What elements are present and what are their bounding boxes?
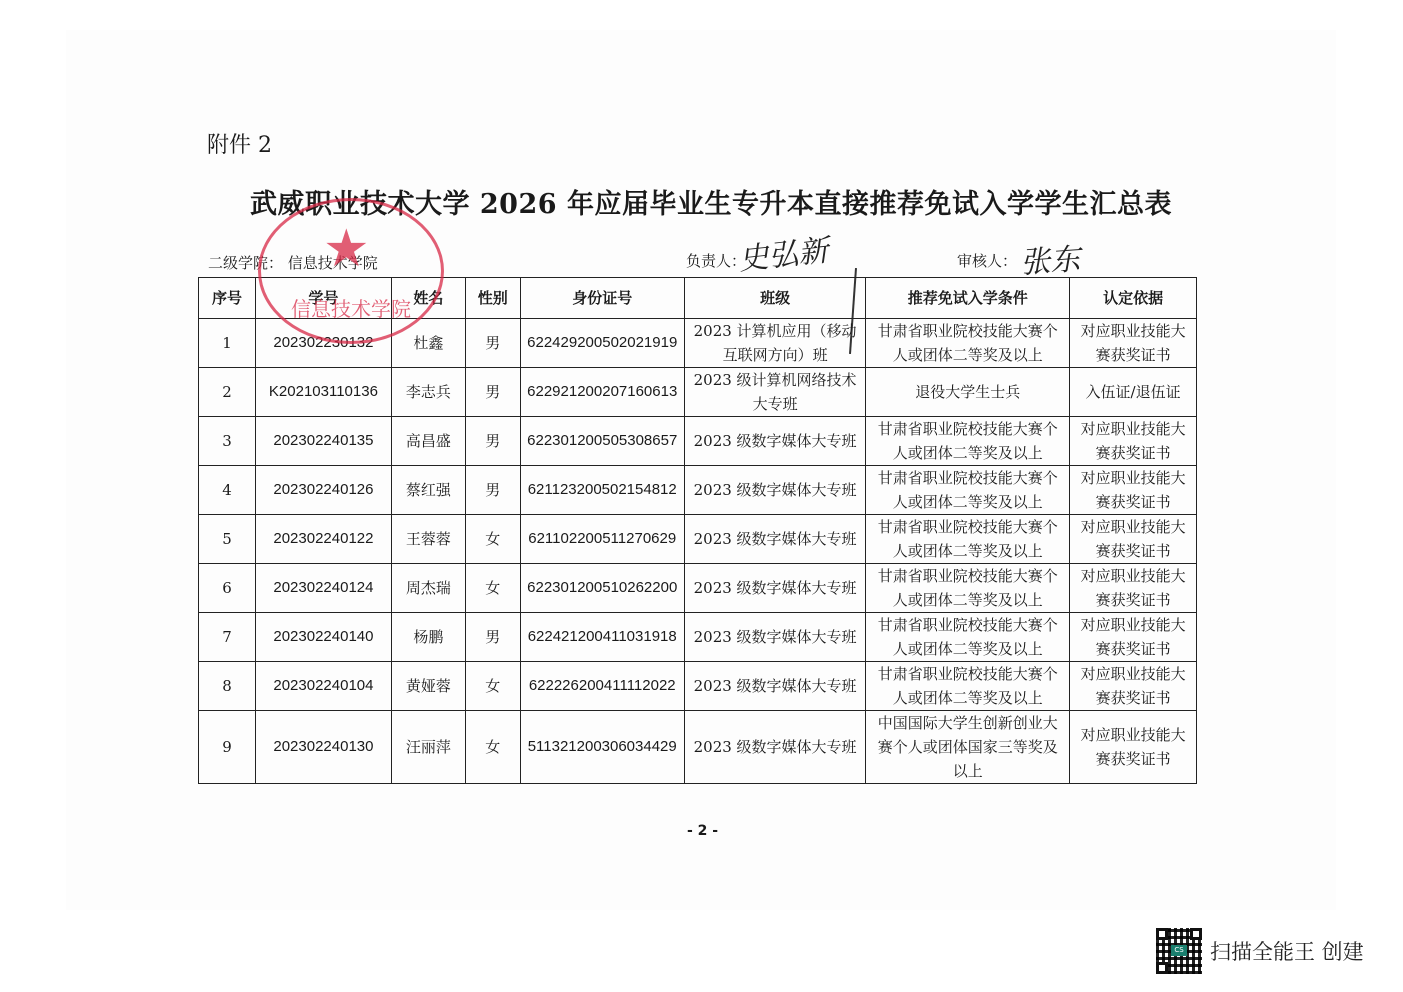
- gender: 女: [465, 662, 520, 711]
- qr-code-icon: CS: [1156, 928, 1202, 974]
- class-name: 2023 级数字媒体大专班: [684, 613, 866, 662]
- table-header-row: 序号学号姓名性别身份证号班级推荐免试入学条件认定依据: [199, 278, 1197, 319]
- row-number: 8: [199, 662, 256, 711]
- student-name: 高昌盛: [391, 417, 465, 466]
- scanner-badge: CS: [1171, 945, 1187, 956]
- student-name: 王蓉蓉: [391, 515, 465, 564]
- id-card-number: 622921200207160613: [520, 368, 684, 417]
- table-row: 3202302240135高昌盛男6223012005053086572023 …: [199, 417, 1197, 466]
- watermark-text: 扫描全能王 创建: [1210, 936, 1364, 966]
- reviewer-line: 审核人：: [957, 250, 1017, 271]
- id-card-number: 622226200411112022: [520, 662, 684, 711]
- page-number: - 2 -: [687, 823, 718, 839]
- row-number: 3: [199, 417, 256, 466]
- student-name: 周杰瑞: [391, 564, 465, 613]
- student-id: 202302240126: [255, 466, 391, 515]
- verification-basis: 对应职业技能大赛获奖证书: [1070, 417, 1197, 466]
- recommendation-condition: 甘肃省职业院校技能大赛个人或团体二等奖及以上: [866, 515, 1070, 564]
- class-name: 2023 级计算机网络技术大专班: [684, 368, 866, 417]
- table-body: 1202302230132杜鑫男6224292005020219192023 计…: [199, 319, 1197, 784]
- table-row: 7202302240140杨鹏男6224212004110319182023 级…: [199, 613, 1197, 662]
- verification-basis: 对应职业技能大赛获奖证书: [1070, 662, 1197, 711]
- student-id: 202302240124: [255, 564, 391, 613]
- gender: 男: [465, 466, 520, 515]
- gender: 男: [465, 368, 520, 417]
- recommendation-condition: 甘肃省职业院校技能大赛个人或团体二等奖及以上: [866, 662, 1070, 711]
- class-name: 2023 级数字媒体大专班: [684, 662, 866, 711]
- reviewer-signature: 张东: [1019, 234, 1082, 282]
- column-header: 性别: [465, 278, 520, 319]
- row-number: 2: [199, 368, 256, 417]
- row-number: 4: [199, 466, 256, 515]
- gender: 男: [465, 319, 520, 368]
- student-id: 202302240130: [255, 711, 391, 784]
- id-card-number: 621102200511270629: [520, 515, 684, 564]
- recommendation-condition: 甘肃省职业院校技能大赛个人或团体二等奖及以上: [866, 466, 1070, 515]
- class-name: 2023 计算机应用（移动互联网方向）班: [684, 319, 866, 368]
- class-name: 2023 级数字媒体大专班: [684, 466, 866, 515]
- table-row: 5202302240122王蓉蓉女6211022005112706292023 …: [199, 515, 1197, 564]
- verification-basis: 入伍证/退伍证: [1070, 368, 1197, 417]
- recommendation-condition: 甘肃省职业院校技能大赛个人或团体二等奖及以上: [866, 564, 1070, 613]
- recommendation-condition: 退役大学生士兵: [866, 368, 1070, 417]
- id-card-number: 622301200505308657: [520, 417, 684, 466]
- verification-basis: 对应职业技能大赛获奖证书: [1070, 613, 1197, 662]
- id-card-number: 511321200306034429: [520, 711, 684, 784]
- gender: 男: [465, 417, 520, 466]
- college-line: 二级学院： 信息技术学院: [208, 252, 378, 273]
- gender: 男: [465, 613, 520, 662]
- student-id: 202302230132: [255, 319, 391, 368]
- student-id: 202302240135: [255, 417, 391, 466]
- column-header: 认定依据: [1070, 278, 1197, 319]
- scanner-watermark: CS 扫描全能王 创建: [1156, 928, 1364, 974]
- class-name: 2023 级数字媒体大专班: [684, 515, 866, 564]
- student-name: 黄娅蓉: [391, 662, 465, 711]
- reviewer-label: 审核人：: [957, 252, 1017, 270]
- college-value: 信息技术学院: [288, 254, 378, 272]
- college-label: 二级学院：: [208, 254, 283, 272]
- row-number: 6: [199, 564, 256, 613]
- student-id: K202103110136: [255, 368, 391, 417]
- head-signature: 史弘新: [736, 225, 830, 278]
- student-id: 202302240104: [255, 662, 391, 711]
- recommendation-condition: 中国国际大学生创新创业大赛个人或团体国家三等奖及以上: [866, 711, 1070, 784]
- head-label: 负责人：: [686, 252, 746, 270]
- gender: 女: [465, 711, 520, 784]
- table-row: 6202302240124周杰瑞女6223012005102622002023 …: [199, 564, 1197, 613]
- attachment-label: 附件 2: [207, 128, 272, 159]
- gender: 女: [465, 564, 520, 613]
- gender: 女: [465, 515, 520, 564]
- id-card-number: 622421200411031918: [520, 613, 684, 662]
- row-number: 1: [199, 319, 256, 368]
- id-card-number: 622301200510262200: [520, 564, 684, 613]
- table-row: 9202302240130汪丽萍女5113212003060344292023 …: [199, 711, 1197, 784]
- column-header: 身份证号: [520, 278, 684, 319]
- class-name: 2023 级数字媒体大专班: [684, 417, 866, 466]
- recommendation-condition: 甘肃省职业院校技能大赛个人或团体二等奖及以上: [866, 319, 1070, 368]
- table-row: 8202302240104黄娅蓉女6222262004111120222023 …: [199, 662, 1197, 711]
- verification-basis: 对应职业技能大赛获奖证书: [1070, 711, 1197, 784]
- student-name: 李志兵: [391, 368, 465, 417]
- student-id: 202302240140: [255, 613, 391, 662]
- verification-basis: 对应职业技能大赛获奖证书: [1070, 564, 1197, 613]
- verification-basis: 对应职业技能大赛获奖证书: [1070, 319, 1197, 368]
- column-header: 班级: [684, 278, 866, 319]
- verification-basis: 对应职业技能大赛获奖证书: [1070, 515, 1197, 564]
- row-number: 9: [199, 711, 256, 784]
- student-id: 202302240122: [255, 515, 391, 564]
- summary-table: 序号学号姓名性别身份证号班级推荐免试入学条件认定依据 1202302230132…: [198, 277, 1197, 784]
- class-name: 2023 级数字媒体大专班: [684, 711, 866, 784]
- row-number: 5: [199, 515, 256, 564]
- student-name: 杜鑫: [391, 319, 465, 368]
- id-card-number: 621123200502154812: [520, 466, 684, 515]
- row-number: 7: [199, 613, 256, 662]
- verification-basis: 对应职业技能大赛获奖证书: [1070, 466, 1197, 515]
- student-name: 杨鹏: [391, 613, 465, 662]
- recommendation-condition: 甘肃省职业院校技能大赛个人或团体二等奖及以上: [866, 417, 1070, 466]
- document-title: 武威职业技术大学 2026 年应届毕业生专升本直接推荐免试入学学生汇总表: [250, 182, 1172, 221]
- student-name: 汪丽萍: [391, 711, 465, 784]
- id-card-number: 622429200502021919: [520, 319, 684, 368]
- table-row: 1202302230132杜鑫男6224292005020219192023 计…: [199, 319, 1197, 368]
- column-header: 推荐免试入学条件: [866, 278, 1070, 319]
- table-row: 4202302240126蔡红强男6211232005021548122023 …: [199, 466, 1197, 515]
- recommendation-condition: 甘肃省职业院校技能大赛个人或团体二等奖及以上: [866, 613, 1070, 662]
- table-row: 2K202103110136李志兵男6229212002071606132023…: [199, 368, 1197, 417]
- column-header: 姓名: [391, 278, 465, 319]
- student-name: 蔡红强: [391, 466, 465, 515]
- class-name: 2023 级数字媒体大专班: [684, 564, 866, 613]
- column-header: 学号: [255, 278, 391, 319]
- column-header: 序号: [199, 278, 256, 319]
